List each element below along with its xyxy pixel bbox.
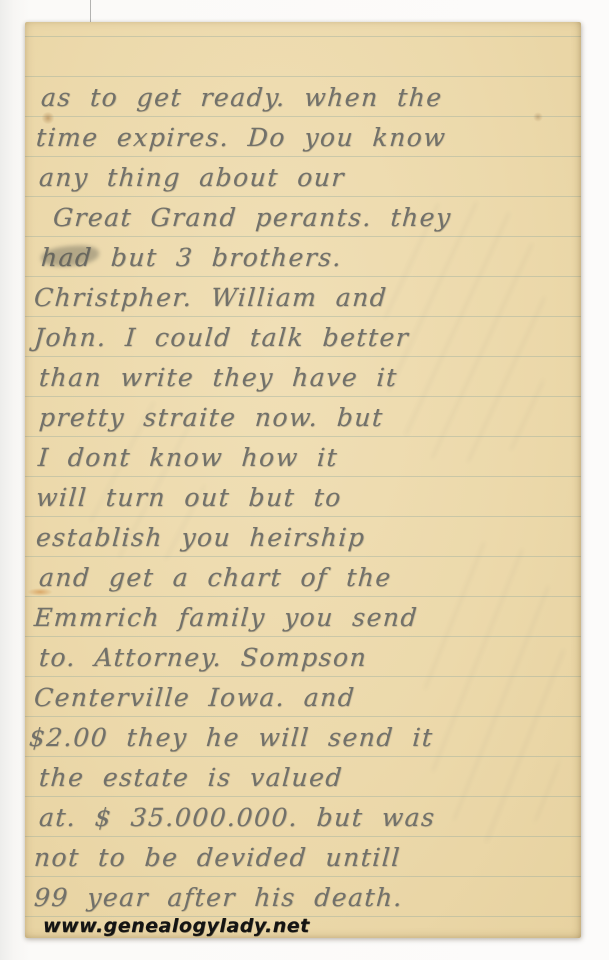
letter-body: as to get ready. when the time expires. … — [25, 78, 581, 918]
handwritten-line: John. I could talk better — [25, 318, 581, 358]
handwritten-line: Christpher. William and — [25, 278, 581, 318]
handwritten-line: Centerville Iowa. and — [25, 678, 581, 718]
handwritten-line: 99 year after his death. — [25, 878, 581, 918]
handwritten-line: not to be devided untill — [25, 838, 581, 878]
handwritten-line: will turn out but to — [25, 478, 581, 518]
handwritten-line: had but 3 brothers. — [25, 238, 581, 278]
handwritten-line: to. Attorney. Sompson — [25, 638, 581, 678]
handwritten-line: pretty straite now. but — [25, 398, 581, 438]
letter-paper: as to get ready. when the time expires. … — [25, 22, 581, 938]
handwritten-line: as to get ready. when the — [25, 78, 581, 118]
handwritten-line: at. $ 35.000.000. but was — [25, 798, 581, 838]
watermark: www.genealogylady.net — [43, 915, 310, 937]
handwritten-line: Emmrich family you send — [25, 598, 581, 638]
handwritten-line: Great Grand perants. they — [25, 198, 581, 238]
handwritten-line: $2.00 they he will send it — [25, 718, 581, 758]
handwritten-line: any thing about our — [25, 158, 581, 198]
scanned-letter-page: as to get ready. when the time expires. … — [0, 0, 609, 960]
handwritten-line: time expires. Do you know — [25, 118, 581, 158]
handwritten-line: than write they have it — [25, 358, 581, 398]
scan-artifact-line — [90, 0, 91, 23]
handwritten-line: and get a chart of the — [25, 558, 581, 598]
handwritten-line: the estate is valued — [25, 758, 581, 798]
handwritten-line: I dont know how it — [25, 438, 581, 478]
handwritten-line: establish you heirship — [25, 518, 581, 558]
